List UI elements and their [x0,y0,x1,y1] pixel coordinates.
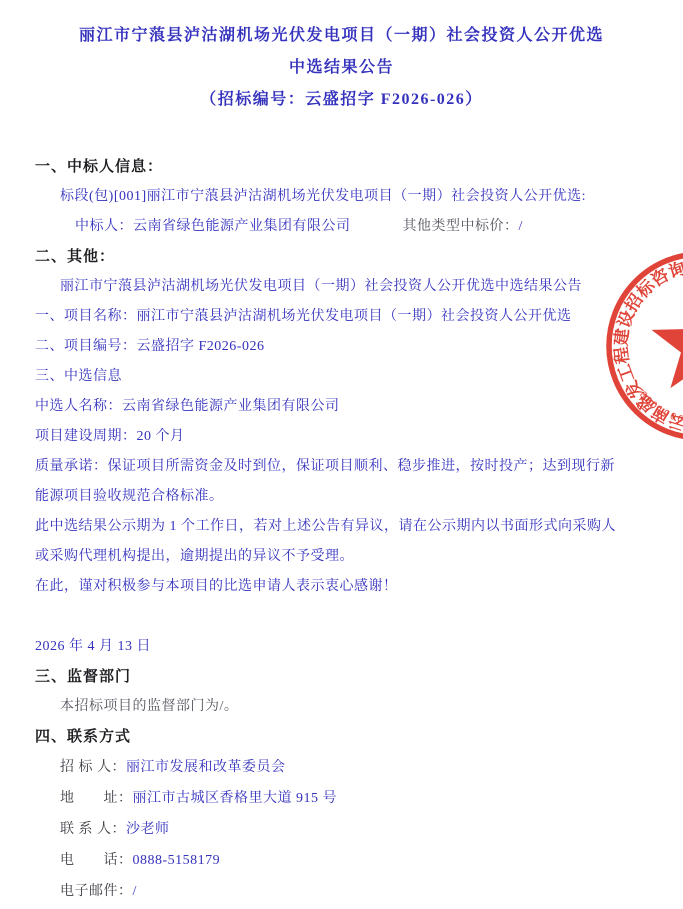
section2-construction-period: 项目建设周期：20 个月 [35,422,655,452]
section2-quality-promise-2: 能源项目验收规范合格标准。 [35,482,655,512]
announcement-page: 丽江市宁蒗县泸沽湖机场光伏发电项目（一期）社会投资人公开优选 中选结果公告 （招… [0,0,683,909]
winner-label: 中标人： [75,219,133,234]
contact-person-value: 沙老师 [126,822,170,837]
blank-line [35,602,655,632]
phone-label: 电 话： [60,853,133,868]
contact-row-contact-person: 联 系 人：沙老师 [35,814,655,845]
tenderer-value: 丽江市发展和改革委员会 [126,760,286,775]
document-body: 一、中标人信息： 标段(包)[001]丽江市宁蒗县泸沽湖机场光伏发电项目（一期）… [0,152,683,907]
other-price-value: / [519,219,523,234]
contact-row-email: 电子邮件：/ [35,876,655,907]
section2-selected-company: 中选人名称：云南省绿色能源产业集团有限公司 [35,392,655,422]
section1-winner-line: 中标人：云南省绿色能源产业集团有限公司其他类型中标价：/ [35,212,655,242]
email-label: 电子邮件： [60,884,133,899]
section2-selection-info-heading: 三、中选信息 [35,362,655,392]
section2-quality-promise-1: 质量承诺：保证项目所需资金及时到位，保证项目顺利、稳步推进，按时投产；达到现行新 [35,452,655,482]
winner-value: 云南省绿色能源产业集团有限公司 [133,219,351,234]
section2-thanks-line: 在此，谨对积极参与本项目的比选申请人表示衷心感谢！ [35,572,655,602]
announcement-date: 2026 年 4 月 13 日 [35,632,655,662]
tenderer-label: 招 标 人： [60,760,126,775]
address-value: 丽江市古城区香格里大道 915 号 [133,791,338,806]
email-value: / [133,884,137,899]
title-line-1: 丽江市宁蒗县泸沽湖机场光伏发电项目（一期）社会投资人公开优选 [0,20,683,52]
document-title-block: 丽江市宁蒗县泸沽湖机场光伏发电项目（一期）社会投资人公开优选 中选结果公告 （招… [0,0,683,116]
contact-row-phone: 电 话：0888-5158179 [35,845,655,876]
tender-number-line: （招标编号：云盛招字 F2026-026） [0,84,683,116]
contact-row-address: 地 址：丽江市古城区香格里大道 915 号 [35,783,655,814]
other-price-label: 其他类型中标价： [403,219,519,234]
section2-publicity-period-1: 此中选结果公示期为 1 个工作日，若对上述公告有异议，请在公示期内以书面形式向采… [35,512,655,542]
address-label: 地 址： [60,791,133,806]
title-line-2: 中选结果公告 [0,52,683,84]
section3-body: 本招标项目的监督部门为/。 [35,692,655,722]
section2-project-number: 二、项目编号：云盛招字 F2026-026 [35,332,655,362]
section3-heading: 三、监督部门 [35,662,655,692]
section2-project-name: 一、项目名称：丽江市宁蒗县泸沽湖机场光伏发电项目（一期）社会投资人公开优选 [35,302,655,332]
section1-lot-line: 标段(包)[001]丽江市宁蒗县泸沽湖机场光伏发电项目（一期）社会投资人公开优选… [35,182,655,212]
contact-row-tenderer: 招 标 人：丽江市发展和改革委员会 [35,752,655,783]
section4-heading: 四、联系方式 [35,722,655,752]
phone-value: 0888-5158179 [133,853,221,868]
section2-heading: 二、其他： [35,242,655,272]
section2-repeat-title: 丽江市宁蒗县泸沽湖机场光伏发电项目（一期）社会投资人公开优选中选结果公告 [35,272,655,302]
section2-publicity-period-2: 或采购代理机构提出，逾期提出的异议不予受理。 [35,542,655,572]
contact-person-label: 联 系 人： [60,822,126,837]
section1-heading: 一、中标人信息： [35,152,655,182]
